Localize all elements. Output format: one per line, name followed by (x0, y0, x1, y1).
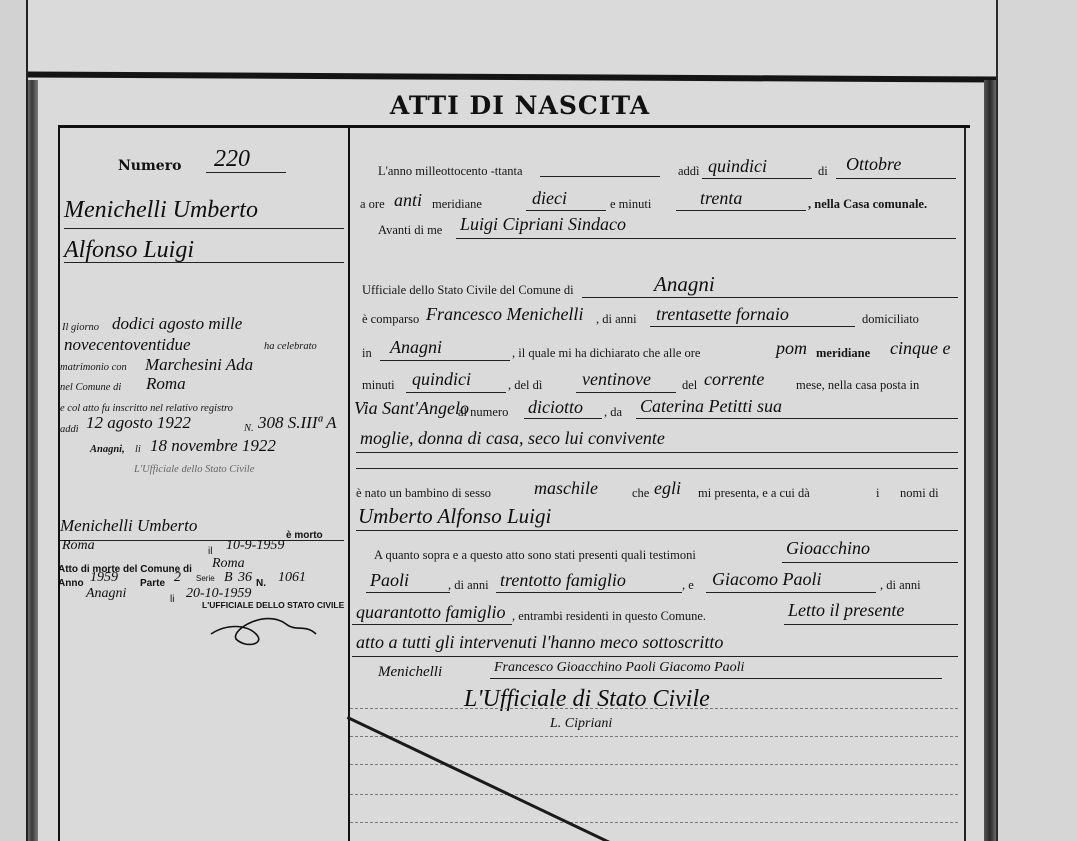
witness-signature-underline (490, 678, 942, 679)
registration-minutes: trenta (700, 188, 742, 209)
annotation-officer-label: L'Ufficiale dello Stato Civile (134, 464, 254, 475)
child-given-names: Alfonso Luigi (64, 237, 194, 264)
death-parte-label: Parte (140, 578, 165, 589)
ruled-line-1 (350, 708, 958, 709)
nato-label: è nato un bambino di sesso (356, 486, 491, 501)
hour-underline (526, 210, 606, 211)
casa-comunale-label: , nella Casa comunale. (808, 197, 927, 212)
comune-value: Anagni (654, 272, 715, 297)
declarant-underline (650, 326, 855, 327)
witness1-age-job: trentotto famiglio (500, 570, 626, 591)
witness1-surname: Paoli (370, 570, 409, 591)
birth-day: ventinove (582, 369, 651, 390)
officer-signature: L. Cipriani (550, 716, 612, 732)
marriage-registry-date: 12 agosto 1922 (86, 413, 191, 433)
i-label: i (876, 486, 879, 501)
witness2-anni-label: , di anni (880, 578, 921, 593)
birth-register-month: Ottobre (846, 154, 901, 175)
residence-underline (380, 360, 510, 361)
witness2-underline (706, 592, 876, 593)
annotation-place: Anagni, (90, 444, 125, 455)
meridiane-label: meridiane (432, 197, 482, 212)
officer-underline (456, 238, 956, 239)
witness2-age-underline (352, 624, 512, 625)
egli-value: egli (654, 478, 681, 499)
residenti-label: , entrambi residenti in questo Comune. (512, 609, 706, 624)
marriage-day-value: dodici agosto mille (112, 314, 242, 334)
blank-line-1 (356, 468, 958, 469)
mother-name: Caterina Petitti sua (640, 396, 782, 417)
witness1-underline (782, 562, 958, 563)
witness1-age-underline (496, 592, 682, 593)
birth-day-underline (576, 392, 676, 393)
letto-underline (784, 624, 958, 625)
presenta-label: mi presenta, e a cui dà (698, 486, 810, 501)
declarant-signature: Menichelli (378, 664, 442, 681)
declarant-residence: Anagni (390, 337, 442, 358)
name-underline-1 (64, 228, 344, 229)
marriage-registry-number: 308 S.IIIª A (258, 413, 337, 433)
month-underline (836, 178, 956, 179)
spouse-name: Marchesini Ada (145, 355, 253, 375)
marriage-n-label: N. (244, 423, 254, 434)
binding-shadow-left (28, 80, 38, 841)
registration-hour: dieci (532, 188, 567, 209)
death-serie-label: Serie (196, 574, 215, 583)
death-note-place: Anagni (86, 586, 126, 602)
declarant-age-job: trentasette fornaio (656, 304, 789, 325)
di-label: di (818, 164, 828, 179)
death-n-label: N. (256, 578, 266, 589)
death-note-name: Menichelli Umberto (60, 516, 197, 536)
record-number: 220 (214, 146, 250, 173)
numero-label: Numero (118, 158, 181, 174)
document-title: ATTI DI NASCITA (58, 86, 982, 126)
witness1-anni-label: , di anni (448, 578, 489, 593)
closing-statement: atto a tutti gli intervenuti l'hanno mec… (356, 632, 723, 653)
child-surname-name: Menichelli Umberto (64, 197, 258, 224)
comune-underline (582, 297, 958, 298)
da-label: , da (604, 405, 622, 420)
addi-label: addì (678, 164, 700, 179)
birth-register-day: quindici (708, 156, 767, 177)
comparso-label: è comparso (362, 312, 419, 327)
al-numero-label: al numero (458, 405, 508, 420)
witness-signatures: Francesco Gioacchino Paoli Giacomo Paoli (494, 660, 744, 676)
del-di-label: , del dì (508, 378, 542, 393)
birth-hour: cinque e (890, 338, 950, 359)
marriage-comune: Roma (146, 374, 186, 394)
death-number: 1061 (278, 570, 306, 586)
annotation-date: 18 novembre 1922 (150, 436, 276, 456)
marriage-celebrated-label: ha celebrato (264, 341, 317, 352)
adjacent-page-strip (998, 0, 1077, 841)
ruled-line-4 (350, 794, 958, 795)
marriage-with-label: matrimonio con (60, 362, 127, 373)
closing-underline (352, 656, 958, 657)
anti-value: anti (394, 190, 422, 211)
mother-details: moglie, donna di casa, seco lui conviven… (360, 428, 665, 449)
day-underline (702, 178, 812, 179)
declarant-anni-label: , di anni (596, 312, 637, 327)
marriage-addi-label: addì (60, 424, 79, 435)
pom-value: pom (776, 338, 807, 359)
meridiane-label-2: meridiane (816, 346, 870, 361)
ufficiale-label: Ufficiale dello Stato Civile del Comune … (362, 283, 574, 298)
death-note-date-label: li (170, 594, 174, 605)
death-serie: B (224, 570, 233, 586)
death-volume: 36 (238, 570, 252, 586)
ruled-line-5 (350, 822, 958, 823)
annotation-date-label: li (135, 444, 141, 455)
binding-shadow-right (984, 80, 996, 841)
child-given-names-main: Umberto Alfonso Luigi (358, 504, 551, 529)
avanti-label: Avanti di me (378, 223, 442, 238)
names-underline (356, 530, 958, 531)
witness1-first-name: Gioacchino (786, 538, 870, 559)
del-label: del (682, 378, 697, 393)
death-act-label: Atto di morte del Comune di (58, 564, 192, 575)
birth-minutes: quindici (412, 369, 471, 390)
minutes-underline (676, 210, 806, 211)
year-blank (540, 176, 660, 177)
nomi-label: nomi di (900, 486, 939, 501)
witnesses-label: A quanto sopra e a questo atto sono stat… (374, 548, 696, 563)
declarant-name: Francesco Menichelli (426, 304, 583, 325)
numero-underline (206, 172, 286, 173)
marriage-year-value: novecentoventidue (64, 335, 191, 355)
mother-details-underline (356, 452, 958, 453)
minuti-label-2: minuti (362, 378, 395, 393)
witness2-age-job: quarantotto famiglio (356, 602, 506, 623)
child-sex: maschile (534, 478, 598, 499)
ruled-line-3 (350, 764, 958, 765)
marriage-day-label: Il giorno (62, 322, 99, 333)
mese-label: mese, nella casa posta in (796, 378, 919, 393)
e-label: , e (682, 578, 694, 593)
a-ore-label: a ore (360, 197, 385, 212)
house-number-underline (524, 418, 602, 419)
death-year-label: Anno (58, 578, 84, 589)
birth-street: Via Sant'Angelo (354, 398, 469, 419)
officer-signature-scribble (206, 604, 326, 654)
mother-underline (636, 418, 958, 419)
marriage-comune-label: nel Comune di (60, 382, 121, 393)
name-underline-2 (64, 262, 344, 263)
birth-minutes-underline (406, 392, 506, 393)
birth-house-number: diciotto (528, 397, 583, 418)
witness1-surname-underline (366, 592, 450, 593)
birth-month-ref: corrente (704, 369, 764, 390)
officer-name: Luigi Cipriani Sindaco (460, 214, 626, 235)
left-margin-column (58, 128, 350, 841)
in-label: in (362, 346, 372, 361)
domiciliato-label: domiciliato (862, 312, 919, 327)
ruled-line-2 (350, 736, 958, 737)
death-underline-1 (60, 540, 344, 541)
witness2-name: Giacomo Paoli (712, 569, 822, 590)
year-label: L'anno milleottocento -ttanta (378, 164, 523, 179)
dichiarato-label: , il quale mi ha dichiarato che alle ore (512, 346, 700, 361)
death-place: Roma (62, 538, 95, 554)
death-year: 1959 (90, 570, 118, 586)
death-parte: 2 (174, 570, 181, 586)
death-date: 10-9-1959 (226, 538, 284, 554)
letto-text: Letto il presente (788, 600, 904, 621)
minuti-label: e minuti (610, 197, 651, 212)
che-label: che (632, 486, 649, 501)
